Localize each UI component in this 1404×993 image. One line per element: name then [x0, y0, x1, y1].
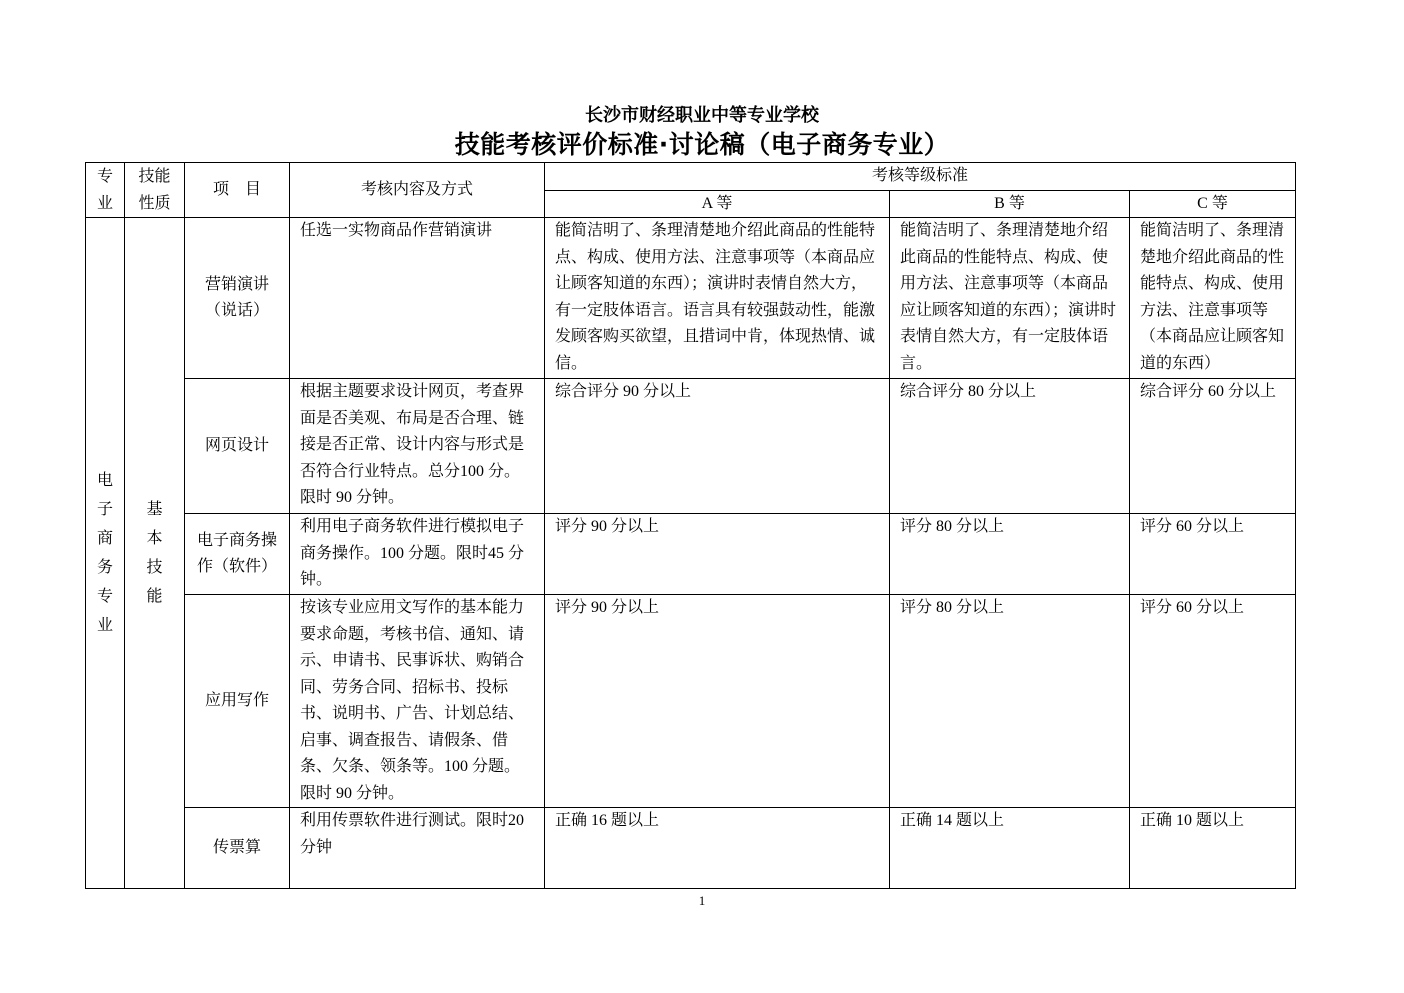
item-cell: 应用写作: [185, 595, 290, 808]
content-cell: 利用电子商务软件进行模拟电子商务操作。100 分题。限时45 分钟。: [290, 514, 545, 595]
grade-a-cell: 综合评分 90 分以上: [545, 379, 890, 514]
table-row: 传票算 利用传票软件进行测试。限时20 分钟 正确 16 题以上 正确 14 题…: [86, 808, 1296, 889]
major-label: 电子商务专业: [97, 466, 113, 640]
content-cell: 按该专业应用文写作的基本能力要求命题，考核书信、通知、请示、申请书、民事诉状、购…: [290, 595, 545, 808]
item-cell: 营销演讲（说话）: [185, 218, 290, 379]
skill-type-label: 基本技能: [147, 495, 163, 611]
table-row: 网页设计 根据主题要求设计网页，考查界面是否美观、布局是否合理、链接是否正常、设…: [86, 379, 1296, 514]
header-skill-type: 技能性质: [125, 163, 185, 218]
grade-a-cell: 能简洁明了、条理清楚地介绍此商品的性能特点、构成、使用方法、注意事项等（本商品应…: [545, 218, 890, 379]
header-major-label: 专业: [97, 163, 113, 217]
grade-c-cell: 评分 60 分以上: [1130, 595, 1296, 808]
assessment-table: 专业 技能性质 项 目 考核内容及方式 考核等级标准 A 等 B 等 C 等 电…: [85, 162, 1296, 889]
grade-c-cell: 正确 10 题以上: [1130, 808, 1296, 889]
grade-b-cell: 评分 80 分以上: [890, 595, 1130, 808]
header-skill-type-label: 技能性质: [139, 163, 171, 217]
content-cell: 利用传票软件进行测试。限时20 分钟: [290, 808, 545, 889]
header-grade-b: B 等: [890, 190, 1130, 218]
grade-a-cell: 评分 90 分以上: [545, 595, 890, 808]
grade-b-cell: 正确 14 题以上: [890, 808, 1130, 889]
grade-b-cell: 评分 80 分以上: [890, 514, 1130, 595]
grade-a-cell: 评分 90 分以上: [545, 514, 890, 595]
document-title: 技能考核评价标准·讨论稿（电子商务专业）: [0, 128, 1404, 162]
table-row: 电子商务操作（软件） 利用电子商务软件进行模拟电子商务操作。100 分题。限时4…: [86, 514, 1296, 595]
header-grade-standard: 考核等级标准: [545, 163, 1296, 191]
grade-b-cell: 能简洁明了、条理清楚地介绍此商品的性能特点、构成、使用方法、注意事项等（本商品应…: [890, 218, 1130, 379]
header-grade-c: C 等: [1130, 190, 1296, 218]
school-name: 长沙市财经职业中等专业学校: [0, 103, 1404, 127]
grade-c-cell: 能简洁明了、条理清楚地介绍此商品的性能特点、构成、使用方法、注意事项等（本商品应…: [1130, 218, 1296, 379]
header-row-1: 专业 技能性质 项 目 考核内容及方式 考核等级标准: [86, 163, 1296, 191]
header-grade-a: A 等: [545, 190, 890, 218]
item-cell: 电子商务操作（软件）: [185, 514, 290, 595]
grade-a-cell: 正确 16 题以上: [545, 808, 890, 889]
skill-type-cell: 基本技能: [125, 218, 185, 889]
content-cell: 根据主题要求设计网页，考查界面是否美观、布局是否合理、链接是否正常、设计内容与形…: [290, 379, 545, 514]
header-item: 项 目: [185, 163, 290, 218]
grade-b-cell: 综合评分 80 分以上: [890, 379, 1130, 514]
grade-c-cell: 评分 60 分以上: [1130, 514, 1296, 595]
content-cell: 任选一实物商品作营销演讲: [290, 218, 545, 379]
table-row: 应用写作 按该专业应用文写作的基本能力要求命题，考核书信、通知、请示、申请书、民…: [86, 595, 1296, 808]
item-cell: 传票算: [185, 808, 290, 889]
header-major: 专业: [86, 163, 125, 218]
item-cell: 网页设计: [185, 379, 290, 514]
page-number: 1: [0, 893, 1404, 909]
major-cell: 电子商务专业: [86, 218, 125, 889]
header-content: 考核内容及方式: [290, 163, 545, 218]
grade-c-cell: 综合评分 60 分以上: [1130, 379, 1296, 514]
table-row: 电子商务专业 基本技能 营销演讲（说话） 任选一实物商品作营销演讲 能简洁明了、…: [86, 218, 1296, 379]
